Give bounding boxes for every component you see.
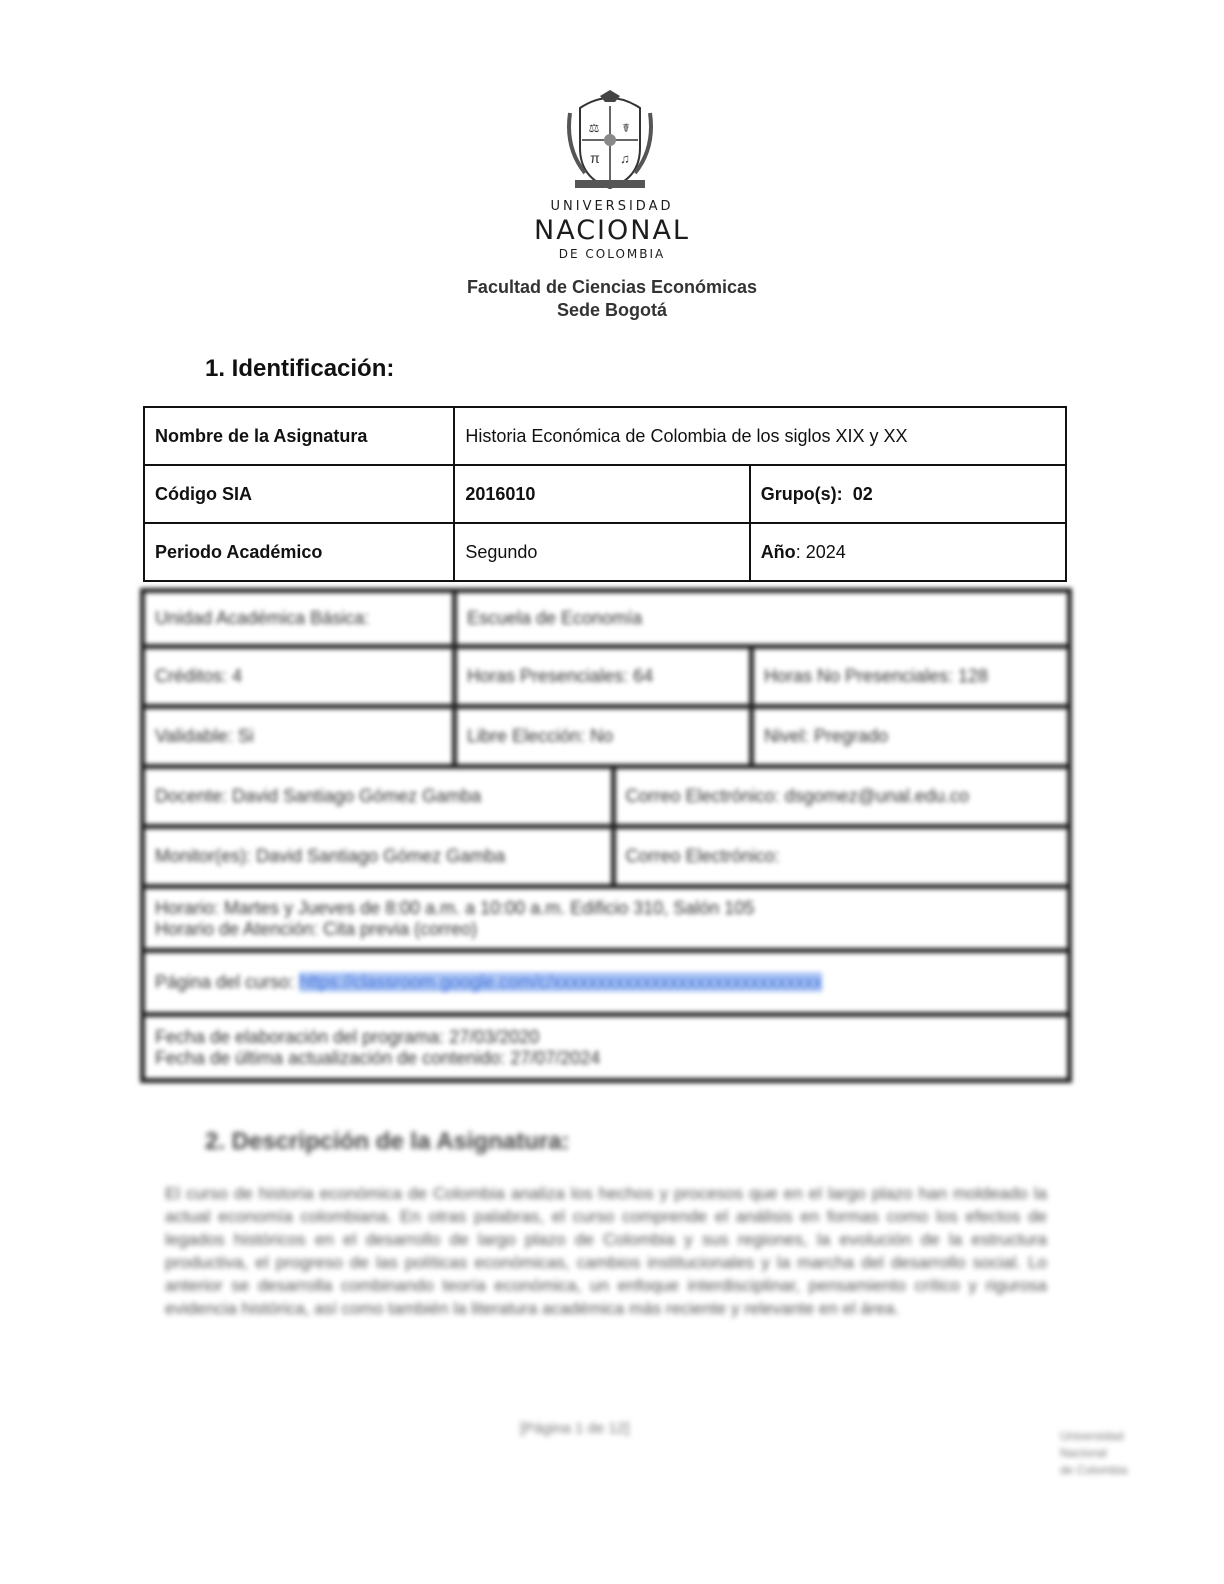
- table-row: Unidad Académica Básica: Escuela de Econ…: [143, 591, 1070, 647]
- date-updated: Fecha de última actualización de conteni…: [155, 1048, 1057, 1069]
- university-name-line2: NACIONAL: [0, 215, 1224, 246]
- unit-label: Unidad Académica Básica:: [143, 591, 455, 647]
- svg-text:⚖: ⚖: [589, 121, 600, 135]
- obscured-details-table: Unidad Académica Básica: Escuela de Econ…: [140, 588, 1072, 1086]
- schedule-cell: Horario: Martes y Jueves de 8:00 a.m. a …: [143, 887, 1070, 951]
- table-row: Horario: Martes y Jueves de 8:00 a.m. a …: [143, 887, 1070, 951]
- date-created: Fecha de elaboración del programa: 27/03…: [155, 1027, 1057, 1048]
- footer-logo-line2: Nacional: [1060, 1445, 1127, 1462]
- year-label: Año: [761, 542, 796, 562]
- period-label: Periodo Académico: [144, 523, 454, 581]
- campus-name: Sede Bogotá: [0, 300, 1224, 321]
- group-value: 02: [853, 484, 873, 504]
- section-2-title: 2. Descripción de la Asignatura:: [205, 1128, 570, 1156]
- section-1-title: 1. Identificación:: [205, 355, 394, 383]
- footer-logo: Universidad Nacional de Colombia: [1060, 1428, 1127, 1479]
- table-row: Código SIA 2016010 Grupo(s): 02: [144, 465, 1066, 523]
- schedule: Horario: Martes y Jueves de 8:00 a.m. a …: [155, 898, 1057, 919]
- svg-text:♫: ♫: [620, 151, 630, 166]
- university-name-line1: UNIVERSIDAD: [0, 199, 1224, 214]
- validable: Validable: Si: [143, 707, 455, 767]
- faculty-name: Facultad de Ciencias Económicas: [0, 277, 1224, 298]
- table-row: Validable: Si Libre Elección: No Nivel: …: [143, 707, 1070, 767]
- year-cell: Año: 2024: [750, 523, 1066, 581]
- table-row: Nombre de la Asignatura Historia Económi…: [144, 407, 1066, 465]
- code-label: Código SIA: [144, 465, 454, 523]
- course-page-cell: Página del curso: https://classroom.goog…: [143, 951, 1070, 1015]
- university-coat-of-arms-icon: ⚖ ☤ π ♫: [560, 88, 660, 194]
- course-page-label: Página del curso:: [155, 972, 294, 992]
- monitor: Monitor(es): David Santiago Gómez Gamba: [143, 827, 614, 887]
- footer-logo-line1: Universidad: [1060, 1428, 1127, 1445]
- identification-table: Nombre de la Asignatura Historia Económi…: [143, 406, 1067, 582]
- subject-label: Nombre de la Asignatura: [144, 407, 454, 465]
- office-hours: Horario de Atención: Cita previa (correo…: [155, 919, 1057, 940]
- course-page-link[interactable]: https://classroom.google.com/c/xxxxxxxxx…: [299, 972, 822, 992]
- monitor-email: Correo Electrónico:: [613, 827, 1070, 887]
- hours-out: Horas No Presenciales: 128: [751, 647, 1069, 707]
- table-row: Página del curso: https://classroom.goog…: [143, 951, 1070, 1015]
- level: Nivel: Pregrado: [751, 707, 1069, 767]
- credits: Créditos: 4: [143, 647, 455, 707]
- unit-value: Escuela de Economía: [455, 591, 1070, 647]
- hours-in: Horas Presenciales: 64: [455, 647, 752, 707]
- table-row: Docente: David Santiago Gómez Gamba Corr…: [143, 767, 1070, 827]
- table-row: Fecha de elaboración del programa: 27/03…: [143, 1015, 1070, 1081]
- free-choice: Libre Elección: No: [455, 707, 752, 767]
- teacher-email: Correo Electrónico: dsgomez@unal.edu.co: [613, 767, 1070, 827]
- description-paragraph: El curso de historia económica de Colomb…: [165, 1182, 1047, 1320]
- group-cell: Grupo(s): 02: [750, 465, 1066, 523]
- year-value: : 2024: [796, 542, 846, 562]
- table-row: Monitor(es): David Santiago Gómez Gamba …: [143, 827, 1070, 887]
- group-label: Grupo(s):: [761, 484, 843, 504]
- code-value: 2016010: [454, 465, 749, 523]
- page-number: [Página 1 de 12]: [520, 1420, 629, 1437]
- dates-cell: Fecha de elaboración del programa: 27/03…: [143, 1015, 1070, 1081]
- period-value: Segundo: [454, 523, 749, 581]
- table-row: Créditos: 4 Horas Presenciales: 64 Horas…: [143, 647, 1070, 707]
- table-row: Periodo Académico Segundo Año: 2024: [144, 523, 1066, 581]
- subject-value: Historia Económica de Colombia de los si…: [454, 407, 1066, 465]
- university-name-line3: DE COLOMBIA: [0, 247, 1224, 261]
- svg-text:☤: ☤: [622, 121, 630, 135]
- footer-logo-line3: de Colombia: [1060, 1462, 1127, 1479]
- teacher: Docente: David Santiago Gómez Gamba: [143, 767, 614, 827]
- svg-text:π: π: [590, 150, 600, 166]
